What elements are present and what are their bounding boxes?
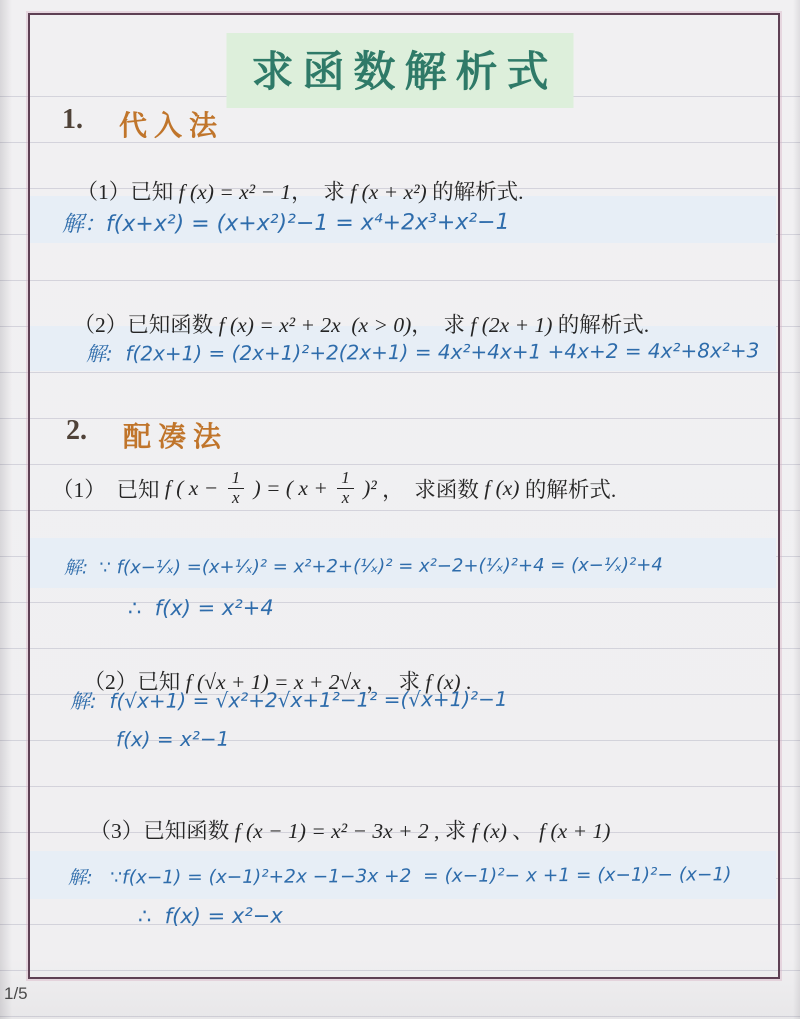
photo-edge-shadow (793, 0, 800, 1019)
problem-2-1-prefix: （1） 已知 (52, 473, 165, 504)
section-1-name: 代入法 (119, 104, 224, 144)
problem-1-1-suffix: 的解析式. (427, 180, 524, 204)
problem-2-3-math2: f (x) (472, 819, 507, 843)
problem-2-3-mid2: 、 (507, 819, 539, 843)
solution-2-3-line1-handwritten: 解: ∵f(x−1) = (x−1)²+2x −1−3x +2 = (x−1)²… (68, 860, 732, 889)
fraction-denominator: x (228, 489, 244, 508)
problem-2-3-prefix: （3）已知函数 (90, 819, 235, 843)
section-1-number: 1. (62, 104, 83, 144)
solution-2-3-line2-handwritten: ∴ f(x) = x²−x (138, 904, 283, 929)
problem-2-1-math2: f (x) (484, 476, 519, 501)
problem-1-2-mid: ， 求 (411, 313, 470, 337)
problem-2-1-math-c: )² (358, 476, 377, 501)
problem-2-1-math-b: ) = ( x + (248, 476, 333, 501)
problem-1-1-math1: f (x) = x² − 1 (179, 180, 291, 204)
solution-1-2-handwritten: 解: f(2x+1) = (2x+1)²+2(2x+1) = 4x²+4x+1 … (86, 334, 759, 367)
fraction-numerator: 1 (337, 469, 354, 489)
page-title: 求函数解析式 (226, 33, 573, 108)
fraction-denominator: x (338, 489, 354, 508)
problem-1-1-math2: f (x + x²) (350, 180, 426, 204)
problem-2-3-math3: f (x + 1) (539, 819, 610, 843)
problem-2-3: （3）已知函数 f (x − 1) = x² − 3x + 2 , 求 f (x… (68, 789, 610, 870)
solution-2-1-line2-handwritten: ∴ f(x) = x²+4 (128, 596, 274, 621)
fraction: 1x (337, 469, 354, 507)
problem-2-1-math-a: f ( x − (165, 476, 224, 501)
problem-1-2-suffix: 的解析式. (552, 313, 649, 337)
solution-2-1-line1-handwritten: 解: ∵ f(x−¹⁄ₓ) =(x+¹⁄ₓ)² = x²+2+(¹⁄ₓ)² = … (64, 550, 663, 579)
problem-2-3-math1: f (x − 1) = x² − 3x + 2 (235, 819, 429, 843)
problem-2-1: （1） 已知 f ( x − 1x ) = ( x + 1x )² ， 求函数 … (52, 460, 616, 516)
section-2-heading: 2. 配凑法 (66, 415, 228, 455)
notes-page: 求函数解析式 1. 代入法 （1）已知 f (x) = x² − 1， 求 f … (0, 0, 800, 1019)
problem-1-2-math1: f (x) = x² + 2x (x > 0) (219, 313, 412, 337)
section-2-number: 2. (66, 415, 87, 455)
problem-2-1-suffix: 的解析式. (519, 473, 616, 504)
photo-edge-shadow (0, 0, 12, 1019)
fraction: 1x (228, 469, 245, 507)
problem-2-3-mid: , 求 (429, 819, 472, 843)
problem-1-2-math2: f (2x + 1) (470, 313, 552, 337)
problem-1-1-prefix: （1）已知 (77, 180, 179, 204)
section-1-heading: 1. 代入法 (62, 104, 224, 144)
section-2-name: 配凑法 (123, 415, 228, 455)
problem-1-1-mid: ， 求 (291, 180, 350, 204)
fraction-numerator: 1 (228, 469, 245, 489)
solution-2-2-line1-handwritten: 解: f(√x+1) = √x²+2√x+1²−1² =(√x+1)²−1 (70, 683, 508, 714)
solution-2-2-line2-handwritten: f(x) = x²−1 (116, 727, 229, 752)
problem-1-2-prefix: （2）已知函数 (74, 313, 219, 337)
problem-2-1-mid: ， 求函数 (377, 473, 485, 504)
solution-1-1-handwritten: 解：f(x+x²) = (x+x²)²−1 = x⁴+2x³+x²−1 (62, 205, 510, 238)
